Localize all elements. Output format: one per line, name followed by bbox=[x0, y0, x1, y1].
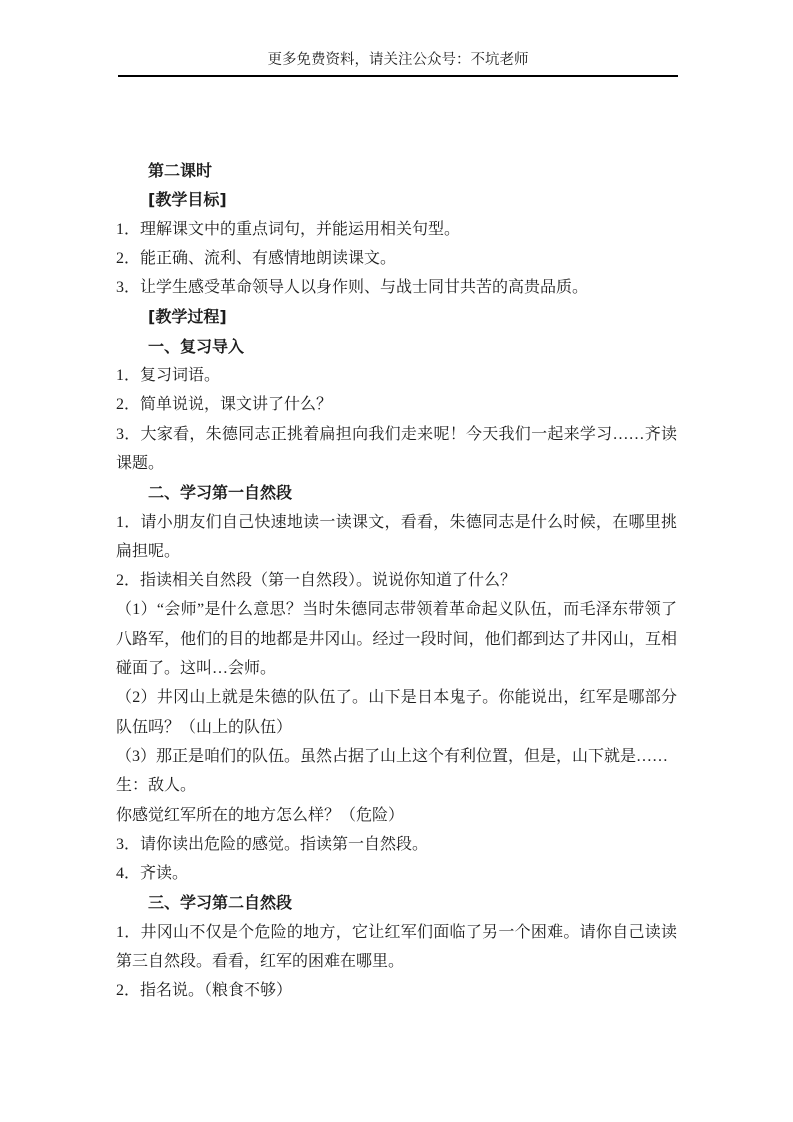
page-header: 更多免费资料，请关注公众号：不坑老师 bbox=[118, 50, 678, 77]
body-paragraph: 2．简单说说，课文讲了什么？ bbox=[116, 390, 677, 419]
body-paragraph: 4．齐读。 bbox=[116, 859, 677, 888]
body-paragraph: （1）“会师”是什么意思？当时朱德同志带领着革命起义队伍，而毛泽东带领了八路军，… bbox=[116, 595, 677, 683]
heading-paragraph: 三、学习第二自然段 bbox=[116, 888, 677, 917]
body-paragraph: 你感觉红军所在的地方怎么样？（危险） bbox=[116, 801, 677, 830]
body-paragraph: 3．大家看，朱德同志正挑着扁担向我们走来呢！今天我们一起来学习……齐读课题。 bbox=[116, 420, 677, 479]
heading-paragraph: 二、学习第一自然段 bbox=[116, 478, 677, 507]
body-paragraph: （3）那正是咱们的队伍。虽然占据了山上这个有利位置，但是，山下就是…… bbox=[116, 742, 677, 771]
heading-paragraph: [教学目标] bbox=[116, 185, 677, 214]
body-paragraph: 3．让学生感受革命领导人以身作则、与战士同甘共苦的高贵品质。 bbox=[116, 273, 677, 302]
body-paragraph: 2．指读相关自然段（第一自然段）。说说你知道了什么？ bbox=[116, 566, 677, 595]
body-paragraph: 3．请你读出危险的感觉。指读第一自然段。 bbox=[116, 830, 677, 859]
body-paragraph: 1．请小朋友们自己快速地读一读课文，看看，朱德同志是什么时候，在哪里挑扁担呢。 bbox=[116, 508, 677, 567]
body-paragraph: 1．理解课文中的重点词句，并能运用相关句型。 bbox=[116, 215, 677, 244]
body-paragraph: （2）井冈山上就是朱德的队伍了。山下是日本鬼子。你能说出，红军是哪部分队伍吗？（… bbox=[116, 683, 677, 742]
body-paragraph: 1．复习词语。 bbox=[116, 361, 677, 390]
body-paragraph: 2．能正确、流利、有感情地朗读课文。 bbox=[116, 244, 677, 273]
document-body: 第二课时[教学目标]1．理解课文中的重点词句，并能运用相关句型。2．能正确、流利… bbox=[116, 156, 677, 1006]
document-page: 更多免费资料，请关注公众号：不坑老师 第二课时[教学目标]1．理解课文中的重点词… bbox=[0, 0, 793, 1122]
header-notice: 更多免费资料，请关注公众号：不坑老师 bbox=[268, 52, 529, 68]
body-paragraph: 2．指名说。（粮食不够） bbox=[116, 976, 677, 1005]
heading-paragraph: 第二课时 bbox=[116, 156, 677, 185]
heading-paragraph: 一、复习导入 bbox=[116, 332, 677, 361]
body-paragraph: 生：敌人。 bbox=[116, 771, 677, 800]
heading-paragraph: [教学过程] bbox=[116, 302, 677, 331]
body-paragraph: 1．井冈山不仅是个危险的地方，它让红军们面临了另一个困难。请你自己读读第三自然段… bbox=[116, 918, 677, 977]
